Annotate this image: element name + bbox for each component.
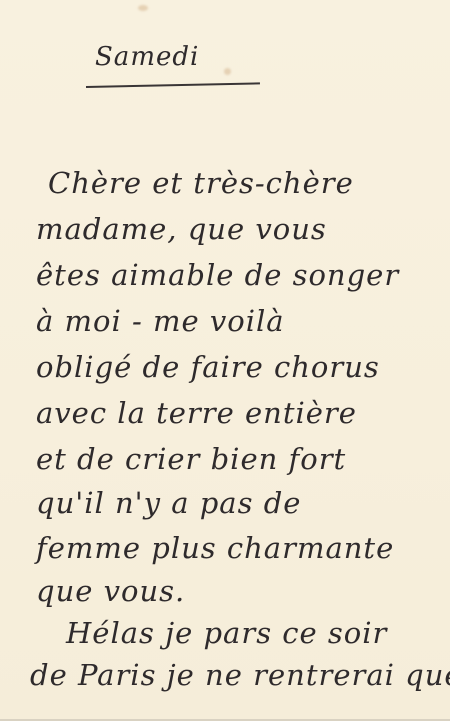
- letter-line: et de crier bien fort: [36, 442, 346, 476]
- letter-line: avec la terre entière: [36, 396, 357, 430]
- letter-line: que vous.: [36, 574, 185, 608]
- letter-page: Samedi Chère et très-chère madame, que v…: [0, 0, 450, 721]
- letter-date-heading: Samedi: [95, 42, 199, 72]
- letter-line: à moi - me voilà: [36, 304, 285, 338]
- letter-line: de Paris je ne rentrerai que: [30, 658, 450, 692]
- paper-stain: [138, 5, 148, 11]
- heading-underline: [86, 82, 260, 88]
- letter-line: qu'il n'y a pas de: [36, 486, 301, 520]
- letter-line: Chère et très-chère: [48, 166, 354, 200]
- letter-line: êtes aimable de songer: [36, 258, 399, 292]
- letter-line: Hélas je pars ce soir: [66, 616, 387, 650]
- letter-line: femme plus charmante: [36, 531, 394, 565]
- letter-line: obligé de faire chorus: [36, 350, 380, 384]
- letter-line: madame, que vous: [36, 212, 327, 246]
- paper-stain: [224, 68, 231, 75]
